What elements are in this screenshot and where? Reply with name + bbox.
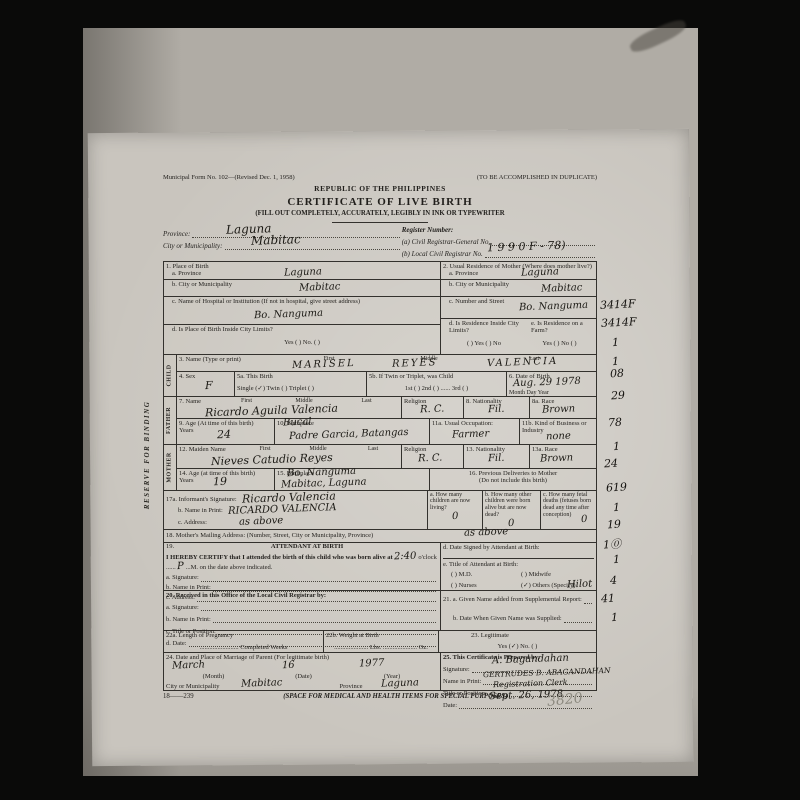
father-business-value: none bbox=[546, 431, 571, 442]
scanned-birth-certificate: AFFIDAVIT TO BE ACCOMPLISHED IN CASE OF … bbox=[0, 0, 800, 800]
s25-sig-label: Signature: bbox=[443, 666, 470, 673]
margin-number: 1 bbox=[612, 336, 620, 349]
father-name-row: 7. Name First Middle Last Ricardo Aguila… bbox=[177, 397, 596, 419]
margin-number: 619 bbox=[606, 480, 628, 494]
s1b-value: Mabitac bbox=[299, 282, 341, 293]
s1a-value: Laguna bbox=[284, 267, 322, 278]
s16a-label: a. How many children are now living? bbox=[430, 492, 470, 512]
s2c-value: Bo. Nanguma bbox=[519, 300, 588, 312]
s22b-sub: ..................... Lbs. .............… bbox=[326, 644, 436, 651]
fetal-deaths-value: 0 bbox=[581, 514, 588, 524]
margin-number: 1 bbox=[611, 611, 619, 624]
mailing-address-row: 18. Mother's Mailing Address: (Number, S… bbox=[164, 530, 596, 543]
divider-rule bbox=[332, 222, 428, 223]
child-first-name: MARISEL bbox=[292, 358, 356, 370]
prepared-title: Registration Clerk bbox=[493, 679, 568, 690]
s2-title: 2. Usual Residence of Mother (Where does… bbox=[443, 263, 592, 270]
s19e-label: e. Title of Attendant at Birth: bbox=[443, 561, 594, 568]
person-rows-block: CHILD FATHER MOTHER 3. Name (Type or pri… bbox=[164, 355, 596, 490]
father-strip-label: FATHER bbox=[167, 407, 174, 434]
s23-options: Yes (✓) No. ( ) bbox=[441, 643, 594, 650]
marriage-month-value: March bbox=[172, 660, 205, 671]
father-race-value: Brown bbox=[542, 404, 575, 415]
sex-value: F bbox=[205, 379, 213, 390]
s22a-sub: ........................ Completed Weeks bbox=[166, 644, 321, 651]
footer-code: 18——239 bbox=[163, 693, 194, 701]
margin-number: 24 bbox=[604, 457, 619, 471]
s12-religion-label: Religion bbox=[404, 446, 426, 453]
s2b-value: Mabitac bbox=[541, 283, 583, 294]
local-registrar-label: (b) Local Civil Registrar No. bbox=[402, 250, 483, 258]
s19a-label: a. Signature: bbox=[166, 574, 199, 581]
register-number-block: Register Number: (a) Civil Registrar-Gen… bbox=[402, 226, 597, 258]
s9-label: 9. Age (At time of this birth) bbox=[179, 420, 254, 427]
duplicate-note: (TO BE ACCOMPLISHED IN DUPLICATE) bbox=[477, 174, 597, 181]
s4-label: 4. Sex bbox=[179, 373, 195, 380]
children-living-value: 0 bbox=[452, 512, 459, 522]
city-label: City or Municipality: bbox=[163, 242, 223, 250]
s5a-label: 5a. This Birth bbox=[237, 373, 273, 380]
ampm-value: P bbox=[177, 561, 184, 571]
margin-number: 1 bbox=[613, 501, 621, 514]
prepared-name-print: GERTRUDES B. ABAGANDAHAN bbox=[483, 667, 611, 679]
certify-text-3: ...M. on the date above indicated. bbox=[186, 564, 273, 571]
birth-certificate-form: Municipal Form No. 102—(Revised Dec. 1, … bbox=[163, 174, 597, 700]
s9-years-label: Years bbox=[179, 427, 194, 434]
margin-number: 1 bbox=[613, 553, 621, 566]
certify-text-1: I HEREBY CERTIFY that I attended the bir… bbox=[166, 554, 393, 561]
birth-date-value: Aug. 29 1978 bbox=[513, 376, 581, 388]
mother-religion-value: R. C. bbox=[418, 453, 443, 464]
marriage-year-value: 1977 bbox=[359, 658, 385, 669]
s5a-options: Single (✓) Twin ( ) Triplet ( ) bbox=[237, 385, 364, 392]
s1c-label: c. Name of Hospital or Institution (If n… bbox=[166, 298, 422, 305]
local-registrar-number-handwritten: 1 9 9 0 F - 78) bbox=[487, 239, 566, 253]
s16b-label: b. How many other children were born ali… bbox=[485, 492, 531, 519]
s19-num: 19. bbox=[164, 543, 174, 552]
s2c-label: c. Number and Street bbox=[443, 298, 504, 305]
s24-prov-label: Province bbox=[339, 683, 362, 690]
mother-race-value: Brown bbox=[540, 453, 573, 464]
s16-label: 16. Previous Deliveries to Mother bbox=[469, 470, 557, 477]
father-nationality-value: Fil. bbox=[488, 404, 505, 415]
option-md: ( ) M.D. bbox=[443, 571, 521, 578]
margin-number: 1 bbox=[613, 440, 621, 453]
s22b-label: 22b. Weight at Birth bbox=[326, 632, 379, 639]
s17b-label: b. Name in Print: bbox=[166, 507, 223, 514]
attendant-row: 19. ATTENDANT AT BIRTH I HEREBY CERTIFY … bbox=[164, 543, 596, 591]
s5b-label: 5b. If Twin or Triplet, was Child bbox=[369, 373, 453, 380]
birth-time-value: 2:40 bbox=[394, 551, 417, 562]
registrar-received-row: 20. Received in this Office of the Local… bbox=[164, 591, 596, 631]
s12-label: 12. Maiden Name bbox=[179, 446, 241, 453]
margin-number: 3414F bbox=[600, 297, 636, 312]
s16-sub: (Do not include this birth) bbox=[479, 477, 547, 484]
form-number: Municipal Form No. 102—(Revised Dec. 1, … bbox=[163, 174, 295, 181]
s20-label: 20. Received in this Office of the Local… bbox=[166, 592, 326, 599]
s1d-label: d. Is Place of Birth Inside City Limits? bbox=[166, 326, 273, 333]
s20a-label: a. Signature: bbox=[166, 604, 199, 611]
marriage-prepared-row: 24. Date and Place of Marriage of Parent… bbox=[164, 653, 596, 691]
s24-city-label: City or Municipality bbox=[166, 683, 219, 690]
informant-row: 17a. Informant's Signature: Ricardo Vale… bbox=[164, 490, 596, 530]
father-occupation-value: Farmer bbox=[452, 429, 490, 440]
others-specify-value: Hilot bbox=[567, 579, 592, 590]
s2e-options: Yes ( ) No ( ) bbox=[525, 340, 594, 347]
prepared-signature: A. Bagandahan bbox=[492, 654, 569, 667]
side-group-strip: CHILD FATHER MOTHER bbox=[164, 355, 177, 490]
child-last-name: VALENCIA bbox=[487, 356, 559, 368]
s17a-label: 17a. Informant's Signature: bbox=[166, 496, 237, 503]
margin-number: 29 bbox=[611, 389, 626, 403]
marriage-date-value: 16 bbox=[282, 660, 295, 670]
s21a-label: 21. a. Given Name added from Supplementa… bbox=[443, 596, 582, 603]
register-block: Province: Laguna City or Municipality: M… bbox=[163, 226, 597, 258]
province-city-block: Province: Laguna City or Municipality: M… bbox=[163, 226, 402, 258]
s1b-label: b. City or Municipality bbox=[166, 281, 232, 288]
mother-age-value: 19 bbox=[213, 475, 227, 486]
s1c-value: Bo. Nanguma bbox=[254, 308, 323, 320]
s25-name-label: Name in Print: bbox=[443, 678, 481, 685]
mother-birthplace-line2: Mabitac, Laguna bbox=[281, 477, 367, 490]
s20b-label: b. Name in Print: bbox=[166, 616, 211, 623]
margin-number: 3414F bbox=[601, 315, 637, 330]
s2d-options: ( ) Yes ( ) No bbox=[443, 340, 525, 347]
s21b-label: b. Date When Given Name was Supplied: bbox=[443, 615, 562, 622]
mother-strip-label: MOTHER bbox=[167, 452, 174, 482]
child-middle-name: REYES bbox=[392, 358, 438, 370]
s22a-label: 22a. Length of Pregnancy bbox=[166, 632, 233, 639]
option-nurses: ( ) Nurses bbox=[443, 582, 521, 589]
scan-smudge bbox=[627, 16, 688, 56]
registrar-general-label: (a) Civil Registrar-General No. bbox=[402, 238, 491, 246]
children-dead-value: 0 bbox=[508, 519, 515, 529]
local-registrar-field: 1 9 9 0 F - 78) bbox=[485, 249, 595, 258]
option-midwife: ( ) Midwife bbox=[521, 571, 551, 578]
margin-number: 08 bbox=[610, 367, 625, 381]
s3-label: 3. Name (Type or print) bbox=[177, 355, 272, 371]
s25-title-label: Title or Position: bbox=[443, 690, 487, 697]
mother-name-value: Nieves Catudio Reyes bbox=[211, 451, 333, 466]
s7-label: 7. Name bbox=[179, 398, 219, 405]
s23-label: 23. Legitimate bbox=[441, 632, 594, 639]
margin-number: 78 bbox=[608, 416, 623, 430]
register-number-label: Register Number: bbox=[402, 226, 597, 234]
city-handwritten: Mabitac bbox=[250, 233, 300, 247]
certificate-title: CERTIFICATE OF LIVE BIRTH bbox=[163, 196, 597, 209]
s2a-value: Laguna bbox=[521, 267, 559, 278]
s11a-label: 11a. Usual Occupation: bbox=[432, 420, 493, 427]
father-birthplace-line2: Padre Garcia, Batangas bbox=[289, 428, 409, 442]
sex-birth-row: 4. Sex F 5a. This Birth Single (✓) Twin … bbox=[177, 372, 596, 397]
father-name-value: Ricardo Aguila Valencia bbox=[205, 402, 338, 418]
father-religion-value: R. C. bbox=[420, 404, 445, 415]
mother-residence-section: 2. Usual Residence of Mother (Where does… bbox=[441, 262, 596, 354]
mailing-address-value: as above bbox=[464, 527, 509, 539]
place-of-birth-section: 1. Place of Birth a. Province Laguna b. … bbox=[164, 262, 441, 354]
s13a-label: 13a. Race bbox=[532, 446, 558, 453]
s24-city-value: Mabitac bbox=[241, 678, 283, 689]
form-header-line: Municipal Form No. 102—(Revised Dec. 1, … bbox=[163, 174, 597, 181]
s5b-options: 1st ( ) 2nd ( ) ...... 3rd ( ) bbox=[369, 385, 504, 392]
form-table: 1. Place of Birth a. Province Laguna b. … bbox=[163, 261, 597, 691]
margin-number: 41 bbox=[601, 592, 616, 606]
child-strip-label: CHILD bbox=[167, 364, 174, 386]
child-name-row: 3. Name (Type or print) First Middle Las… bbox=[177, 355, 596, 372]
mother-name-row: 12. Maiden Name First Middle Last Nieves… bbox=[177, 445, 596, 469]
republic-heading: REPUBLIC OF THE PHILIPPINES bbox=[163, 185, 597, 194]
father-age-row: 9. Age (At time of this birth) Years 24 … bbox=[177, 419, 596, 445]
s1-title: 1. Place of Birth bbox=[166, 263, 209, 270]
pregnancy-weight-row: 22a. Length of Pregnancy ...............… bbox=[164, 631, 596, 653]
s2e-label: e. Is Residence on a Farm? bbox=[531, 320, 594, 335]
margin-number: 4 bbox=[610, 574, 618, 587]
s17c-label: c. Address: bbox=[166, 519, 207, 526]
mother-age-row: 14. Age (at time of this birth) Years 19… bbox=[177, 469, 596, 490]
s18-label: 18. Mother's Mailing Address: (Number, S… bbox=[164, 531, 375, 540]
mother-nationality-value: Fil. bbox=[488, 453, 505, 464]
s2b-label: b. City or Municipality bbox=[443, 281, 509, 288]
certificate-subtitle: (FILL OUT COMPLETELY, ACCURATELY, LEGIBL… bbox=[163, 210, 597, 218]
province-label: Province: bbox=[163, 230, 190, 238]
s2a-label: a. Province bbox=[443, 270, 478, 277]
informant-address: as above bbox=[238, 516, 283, 528]
margin-number: 1⓪ bbox=[603, 536, 622, 553]
s1a-label: a. Province bbox=[166, 270, 201, 277]
s2d-label: d. Is Residence Inside City Limits? bbox=[443, 320, 531, 335]
s1d-options: Yes ( ) No. ( ) bbox=[166, 339, 438, 346]
place-residence-row: 1. Place of Birth a. Province Laguna b. … bbox=[164, 262, 596, 355]
s24-prov-value: Laguna bbox=[381, 678, 419, 689]
s19d-label: d. Date Signed by Attendant at Birth: bbox=[443, 544, 594, 559]
s13-label: 13. Nationality bbox=[466, 446, 505, 453]
s14-years-label: Years bbox=[179, 477, 194, 484]
s25-date-label: Date: bbox=[443, 702, 457, 709]
margin-number: 19 bbox=[607, 518, 622, 532]
father-birthplace-line1: Bucal bbox=[283, 417, 312, 428]
city-field: Mabitac bbox=[225, 241, 400, 250]
father-age-value: 24 bbox=[217, 428, 231, 439]
reserve-for-binding-label: RESERVE FOR BINDING bbox=[143, 401, 151, 510]
